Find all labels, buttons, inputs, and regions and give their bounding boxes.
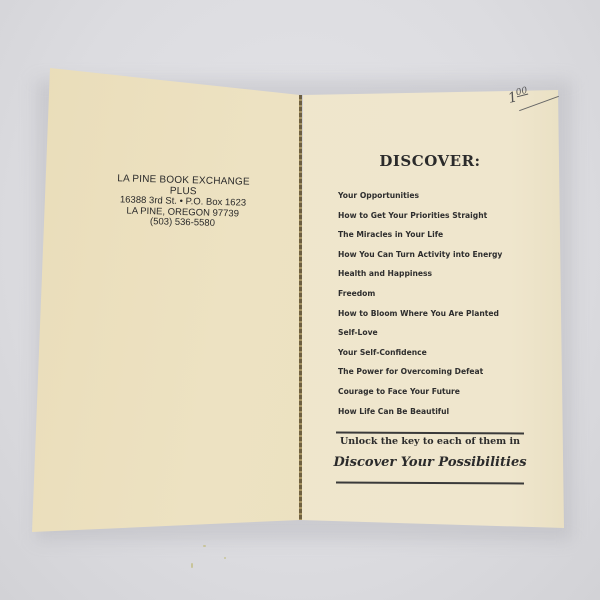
list-item: Your Self-Confidence xyxy=(338,347,502,367)
list-item: Your Opportunities xyxy=(338,190,502,210)
paper-speck xyxy=(224,557,226,559)
list-item: Courage to Face Your Future xyxy=(338,386,502,406)
list-item: The Power for Overcoming Defeat xyxy=(338,366,502,386)
book-title: Discover Your Possibilities xyxy=(325,455,535,470)
paper-speck xyxy=(203,545,206,547)
paper-speck xyxy=(191,563,193,568)
list-item: How to Bloom Where You Are Planted xyxy=(338,308,502,328)
bookstore-stamp: LA PINE BOOK EXCHANGE PLUS 16388 3rd St.… xyxy=(107,174,258,230)
list-item: How to Get Your Priorities Straight xyxy=(338,210,502,230)
tagline: Unlock the key to each of them in xyxy=(330,436,530,447)
page-heading: DISCOVER: xyxy=(330,152,530,170)
list-item: Freedom xyxy=(338,288,502,308)
list-item: How Life Can Be Beautiful xyxy=(338,406,502,426)
list-item: Self-Love xyxy=(338,327,502,347)
topics-list: Your Opportunities How to Get Your Prior… xyxy=(338,190,502,425)
list-item: How You Can Turn Activity into Energy xyxy=(338,249,502,269)
list-item: Health and Happiness xyxy=(338,268,502,288)
book-spine xyxy=(299,95,302,520)
list-item: The Miracles in Your Life xyxy=(338,229,502,249)
